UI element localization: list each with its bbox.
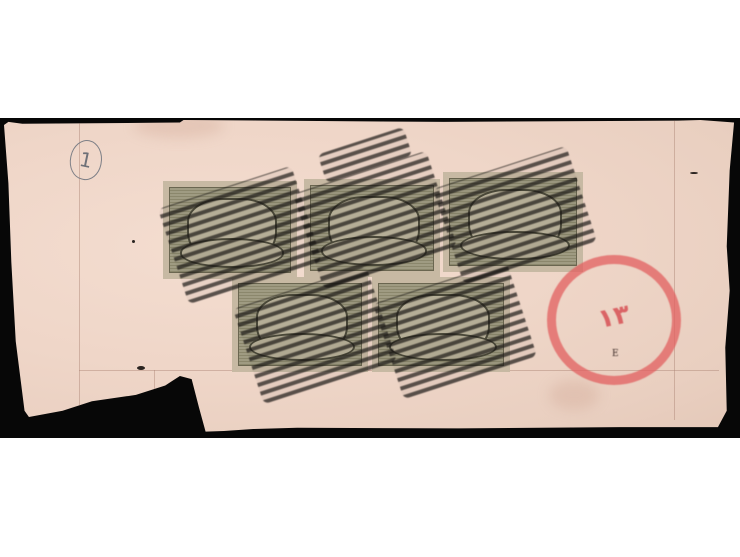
speck — [137, 366, 145, 370]
postmark-small-mark: E — [612, 349, 619, 359]
stain — [549, 380, 599, 410]
speck — [132, 240, 135, 243]
speck — [690, 172, 698, 174]
fold-line — [674, 120, 675, 420]
red-postmark: ١٣ E — [547, 255, 681, 385]
postmark-text: ١٣ — [554, 290, 674, 343]
pencil-note-text: 1 — [77, 147, 94, 173]
